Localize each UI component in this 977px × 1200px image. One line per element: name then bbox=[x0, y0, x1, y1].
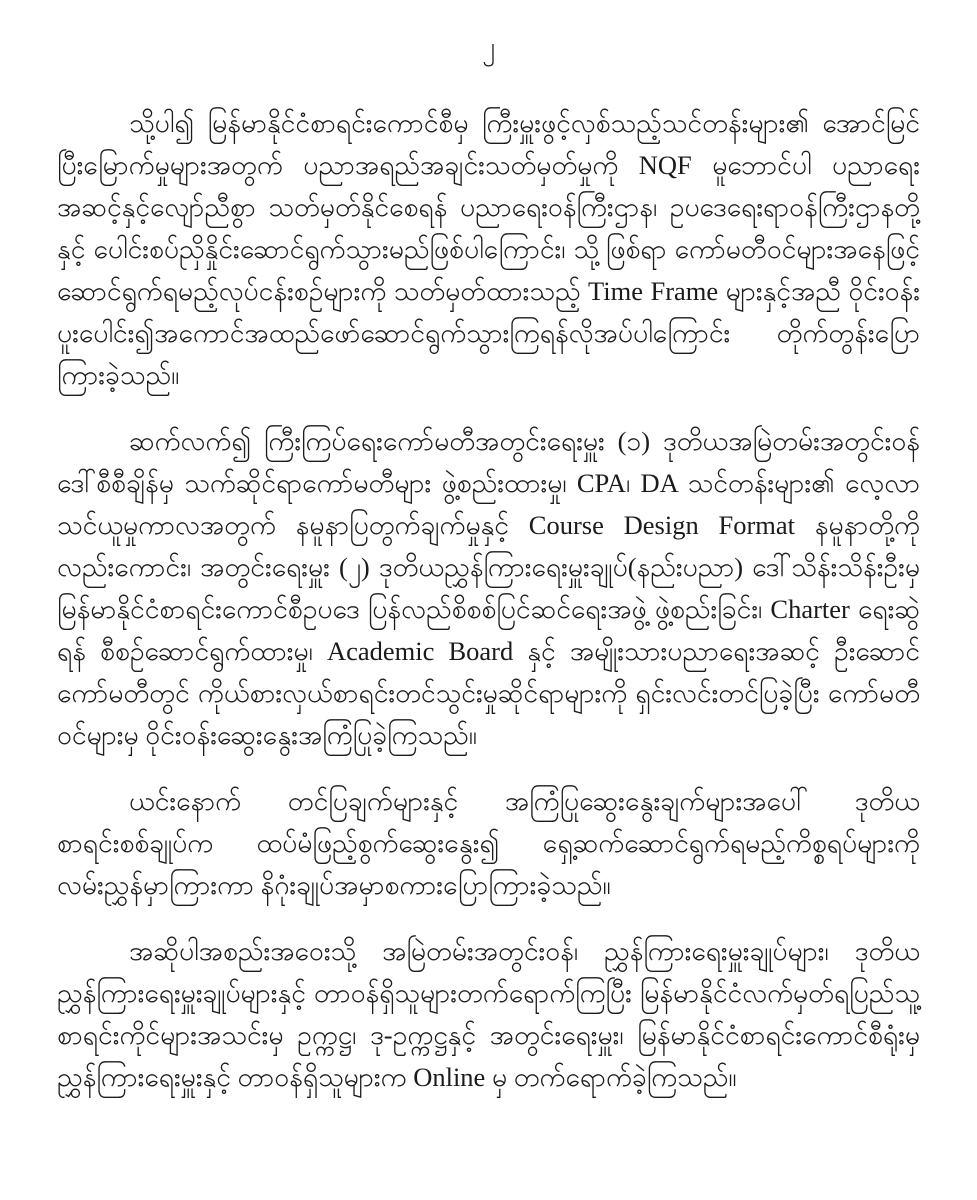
page-number: ၂ bbox=[57, 30, 920, 64]
paragraph-4: အဆိုပါအစည်းအဝေးသို့ အမြဲတမ်းအတွင်းဝန်၊ ည… bbox=[57, 930, 920, 1098]
document-body: သို့ပါ၍ မြန်မာနိုင်ငံစာရင်းကောင်စီမှ ကြီ… bbox=[57, 102, 920, 1098]
paragraph-2: ဆက်လက်၍ ကြီးကြပ်ရေးကော်မတီအတွင်းရေးမှူး … bbox=[57, 420, 920, 756]
paragraph-1: သို့ပါ၍ မြန်မာနိုင်ငံစာရင်းကောင်စီမှ ကြီ… bbox=[57, 102, 920, 396]
paragraph-3: ယင်းနောက် တင်ပြချက်များနှင့် အကြံပြုဆွေး… bbox=[57, 780, 920, 906]
document-page: ၂ သို့ပါ၍ မြန်မာနိုင်ငံစာရင်းကောင်စီမှ က… bbox=[0, 0, 977, 1200]
